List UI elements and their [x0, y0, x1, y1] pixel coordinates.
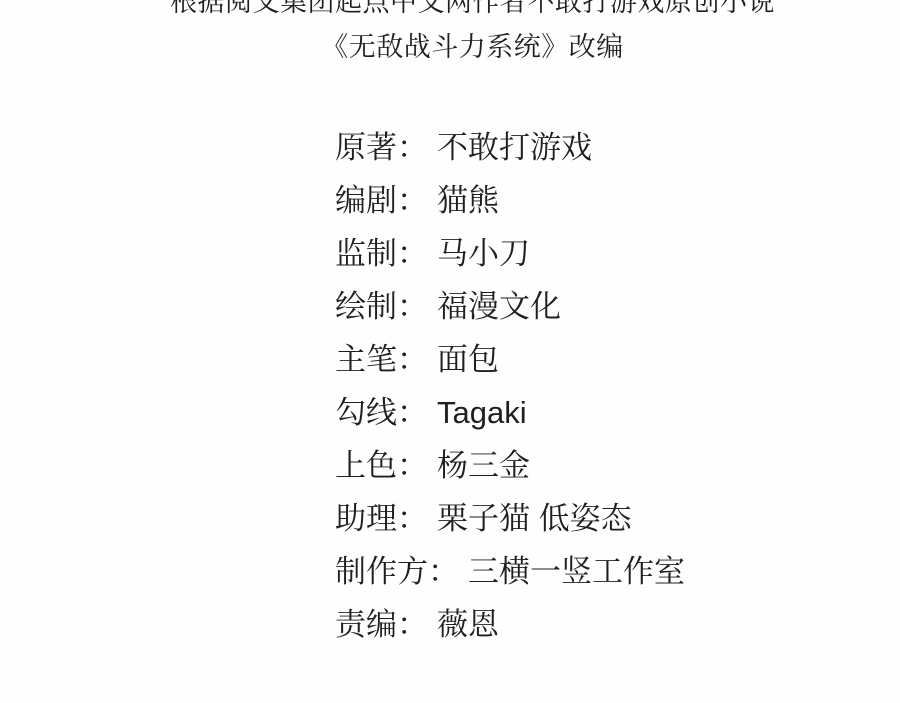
credit-person-name: 不敢打游戏 [437, 130, 592, 165]
credit-separator: ： [397, 448, 428, 483]
credit-separator: ： [397, 607, 428, 642]
credit-person-name: 面包 [437, 342, 499, 377]
credit-role-label: 制作方 [335, 554, 428, 589]
comic-credits-page: 根据阅文集团起点中文网作者不敢打游戏原创小说 《无敌战斗力系统》改编 原著：不敢… [0, 0, 900, 703]
credit-person-name: 薇恩 [437, 607, 499, 642]
credit-row: 上色：杨三金 [335, 439, 685, 492]
credit-role-label: 上色 [335, 448, 397, 483]
credit-separator: ： [428, 554, 459, 589]
credit-row: 原著：不敢打游戏 [335, 121, 685, 174]
adaptation-notice: 根据阅文集团起点中文网作者不敢打游戏原创小说 《无敌战斗力系统》改编 [0, 0, 900, 70]
credit-role-label: 编剧 [335, 183, 397, 218]
credit-separator: ： [397, 183, 428, 218]
credit-row: 监制：马小刀 [335, 227, 685, 280]
credit-separator: ： [397, 289, 428, 324]
credits-list: 原著：不敢打游戏 编剧：猫熊 监制：马小刀 绘制：福漫文化 主笔：面包 勾线：T… [335, 121, 685, 651]
credit-separator: ： [397, 395, 428, 430]
credit-role-label: 勾线 [335, 395, 397, 430]
credit-separator: ： [397, 501, 428, 536]
credit-separator: ： [397, 130, 428, 165]
credit-row: 助理：栗子猫 低姿态 [335, 492, 685, 545]
credit-row: 责编：薇恩 [335, 598, 685, 651]
credit-row: 勾线：Tagaki [335, 386, 685, 439]
credit-role-label: 原著 [335, 130, 397, 165]
credit-role-label: 监制 [335, 236, 397, 271]
credit-separator: ： [397, 236, 428, 271]
credit-person-name: 三横一竖工作室 [468, 554, 685, 589]
credit-row: 绘制：福漫文化 [335, 280, 685, 333]
credit-person-name: Tagaki [437, 395, 527, 430]
credit-person-name: 猫熊 [437, 183, 499, 218]
credit-role-label: 主笔 [335, 342, 397, 377]
credit-role-label: 助理 [335, 501, 397, 536]
credit-separator: ： [397, 342, 428, 377]
credit-person-name: 马小刀 [437, 236, 530, 271]
credit-role-label: 绘制 [335, 289, 397, 324]
adaptation-source-line: 根据阅文集团起点中文网作者不敢打游戏原创小说 [45, 0, 900, 25]
credit-person-name: 福漫文化 [437, 289, 561, 324]
credit-person-name: 栗子猫 低姿态 [437, 501, 632, 536]
credit-row: 编剧：猫熊 [335, 174, 685, 227]
credit-row: 制作方：三横一竖工作室 [335, 545, 685, 598]
credit-person-name: 杨三金 [437, 448, 530, 483]
credit-row: 主笔：面包 [335, 333, 685, 386]
adaptation-title-line: 《无敌战斗力系统》改编 [45, 25, 900, 70]
credit-role-label: 责编 [335, 607, 397, 642]
